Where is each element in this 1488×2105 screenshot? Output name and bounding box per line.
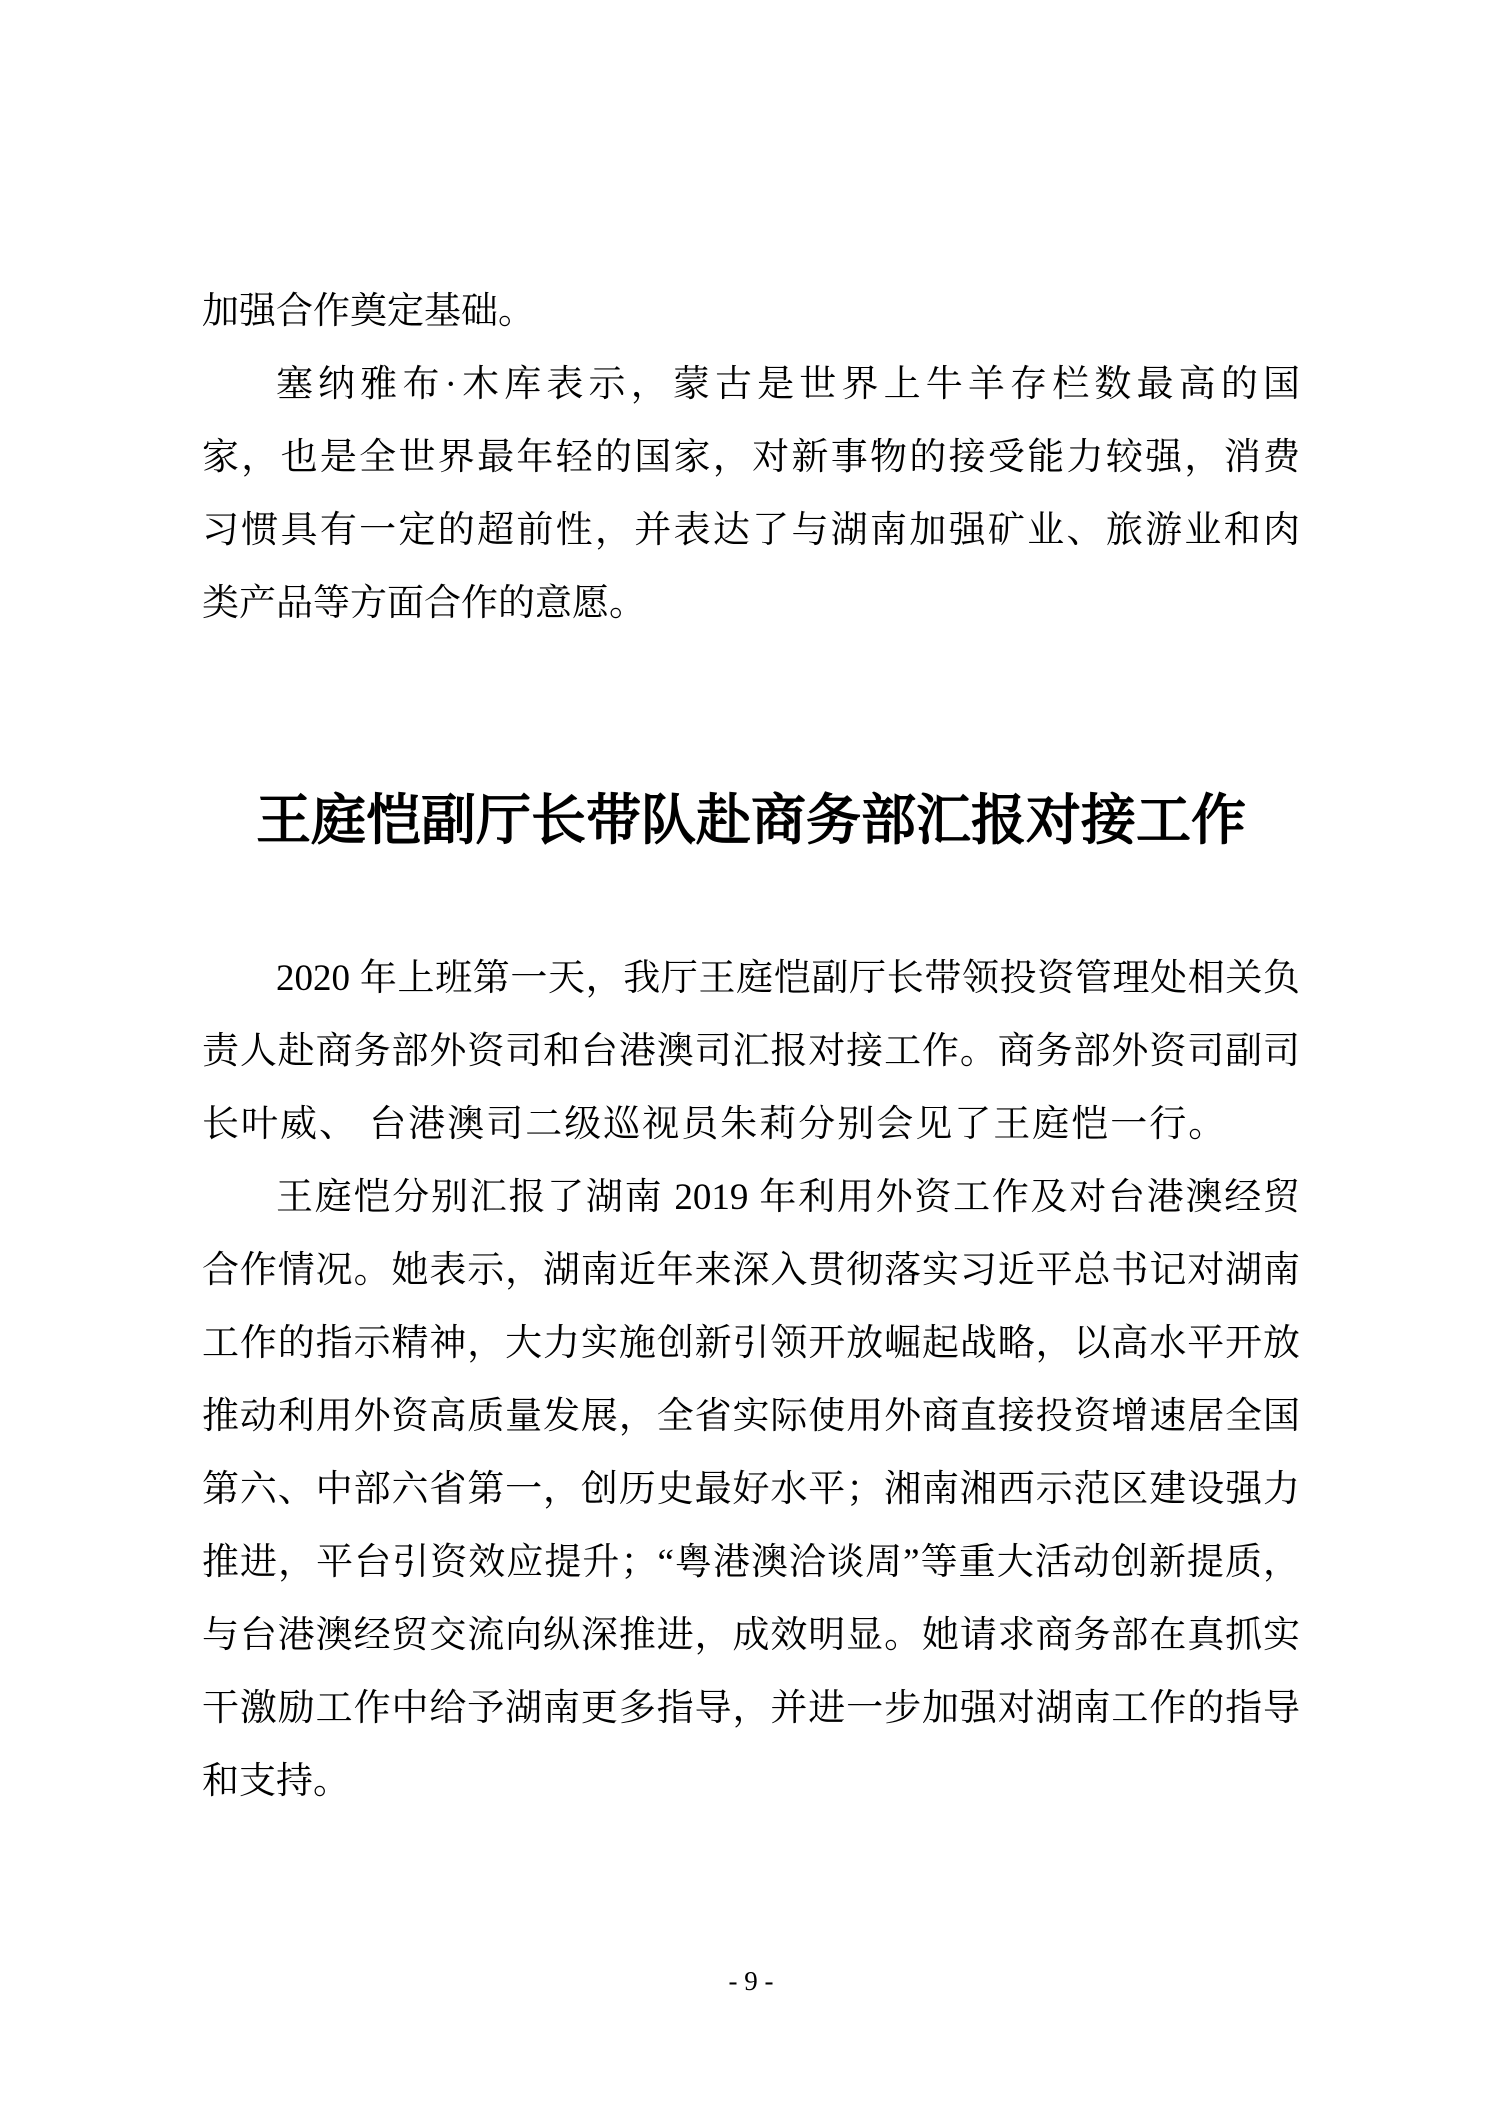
body-line: 与台港澳经贸交流向纵深推进，成效明显。她请求商务部在真抓实 bbox=[202, 1599, 1300, 1672]
document-body: 加强合作奠定基础。 塞纳雅布·木库表示，蒙古是世界上牛羊存栏数最高的国 家，也是… bbox=[202, 275, 1300, 1818]
body-line: 第六、中部六省第一，创历史最好水平；湘南湘西示范区建设强力 bbox=[202, 1453, 1300, 1526]
body-line: 家，也是全世界最年轻的国家，对新事物的接受能力较强，消费 bbox=[202, 421, 1300, 494]
body-line: 推动利用外资高质量发展，全省实际使用外商直接投资增速居全国 bbox=[202, 1380, 1300, 1453]
body-line: 塞纳雅布·木库表示，蒙古是世界上牛羊存栏数最高的国 bbox=[202, 348, 1300, 421]
body-line: 和支持。 bbox=[202, 1745, 1300, 1818]
body-line: 推进，平台引资效应提升；“粤港澳洽谈周”等重大活动创新提质， bbox=[202, 1526, 1300, 1599]
body-line: 长叶威、 台港澳司二级巡视员朱莉分别会见了王庭恺一行。 bbox=[202, 1088, 1300, 1161]
paragraph-visit: 2020 年上班第一天，我厅王庭恺副厅长带领投资管理处相关负 责人赴商务部外资司… bbox=[202, 942, 1300, 1161]
page-number: - 9 - bbox=[202, 1945, 1300, 2018]
body-line: 王庭恺分别汇报了湖南 2019 年利用外资工作及对台港澳经贸 bbox=[202, 1161, 1300, 1234]
document-page: 加强合作奠定基础。 塞纳雅布·木库表示，蒙古是世界上牛羊存栏数最高的国 家，也是… bbox=[0, 0, 1488, 2105]
body-line: 习惯具有一定的超前性，并表达了与湖南加强矿业、旅游业和肉 bbox=[202, 494, 1300, 567]
body-line: 工作的指示精神，大力实施创新引领开放崛起战略，以高水平开放 bbox=[202, 1307, 1300, 1380]
paragraph-continued: 加强合作奠定基础。 bbox=[202, 275, 1300, 348]
body-line: 加强合作奠定基础。 bbox=[202, 275, 1300, 348]
section-title: 王庭恺副厅长带队赴商务部汇报对接工作 bbox=[202, 784, 1300, 857]
body-line: 类产品等方面合作的意愿。 bbox=[202, 567, 1300, 640]
body-line: 合作情况。她表示，湖南近年来深入贯彻落实习近平总书记对湖南 bbox=[202, 1234, 1300, 1307]
body-line: 责人赴商务部外资司和台港澳司汇报对接工作。商务部外资司副司 bbox=[202, 1015, 1300, 1088]
paragraph-mongolia: 塞纳雅布·木库表示，蒙古是世界上牛羊存栏数最高的国 家，也是全世界最年轻的国家，… bbox=[202, 348, 1300, 640]
body-line: 干激励工作中给予湖南更多指导，并进一步加强对湖南工作的指导 bbox=[202, 1672, 1300, 1745]
paragraph-report: 王庭恺分别汇报了湖南 2019 年利用外资工作及对台港澳经贸 合作情况。她表示，… bbox=[202, 1161, 1300, 1818]
body-line: 2020 年上班第一天，我厅王庭恺副厅长带领投资管理处相关负 bbox=[202, 942, 1300, 1015]
